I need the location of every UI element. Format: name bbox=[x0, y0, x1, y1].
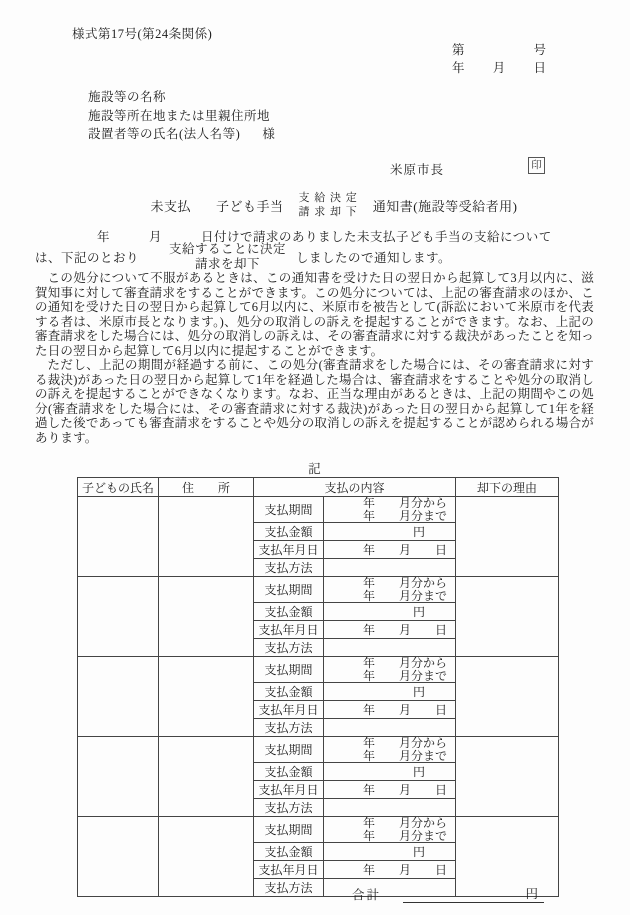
amount-label: 支払金額 bbox=[254, 763, 324, 781]
header-address: 住 所 bbox=[159, 478, 254, 497]
paydate-value-cell: 年 月 日 bbox=[324, 781, 456, 799]
period-to: 年 月分まで bbox=[326, 510, 447, 523]
address-cell bbox=[159, 497, 254, 577]
rejection-reason-cell bbox=[456, 657, 559, 737]
amount-value-cell: 円 bbox=[324, 603, 456, 621]
paydate-label: 支払年月日 bbox=[254, 621, 324, 639]
title-suffix: 通知書(施設等受給者用) bbox=[373, 196, 518, 215]
amount-value-cell: 円 bbox=[324, 843, 456, 861]
period-label: 支払期間 bbox=[254, 817, 324, 843]
method-label: 支払方法 bbox=[254, 799, 324, 817]
date-year-label: 年 bbox=[452, 58, 465, 76]
period-from: 年 月分から bbox=[326, 817, 447, 830]
table-row: 支払期間 年 月分から 年 月分まで bbox=[78, 577, 559, 603]
rejection-reason-cell bbox=[456, 497, 559, 577]
period-label: 支払期間 bbox=[254, 737, 324, 763]
table-row: 支払期間 年 月分から 年 月分まで bbox=[78, 737, 559, 763]
payment-block: 支払期間 年 月分から 年 月分まで 支払金額 円 支払年月日 年 月 日 支払… bbox=[78, 577, 559, 657]
period-from: 年 月分から bbox=[326, 497, 447, 510]
addressee-block: 施設等の名称 施設等所在地または里親住所地 設置者等の氏名(法人名等)様 bbox=[88, 88, 275, 144]
ki-marker: 記 bbox=[0, 459, 630, 477]
document-page: 様式第17号(第24条関係) 第 号 年 月 日 施設等の名称 施設等所在地また… bbox=[0, 0, 630, 915]
title-option-reject: 請 求 却 下 bbox=[299, 206, 358, 220]
period-label: 支払期間 bbox=[254, 497, 324, 523]
method-label: 支払方法 bbox=[254, 639, 324, 657]
paydate-label: 支払年月日 bbox=[254, 781, 324, 799]
period-to: 年 月分まで bbox=[326, 830, 447, 843]
period-from: 年 月分から bbox=[326, 657, 447, 670]
payment-block: 支払期間 年 月分から 年 月分まで 支払金額 円 支払年月日 年 月 日 支払… bbox=[78, 497, 559, 577]
notice-option-grant: 支給することに決定 bbox=[169, 242, 286, 257]
child-name-cell bbox=[78, 577, 159, 657]
method-label: 支払方法 bbox=[254, 719, 324, 737]
appeal-instructions: この処分について不服があるときは、この通知書を受けた日の翌日から起算して3月以内… bbox=[35, 271, 594, 445]
address-cell bbox=[159, 577, 254, 657]
doc-number-suffix: 号 bbox=[533, 40, 546, 58]
child-name-cell bbox=[78, 737, 159, 817]
notice-stacked-options: 支給することに決定 請求を却下 bbox=[169, 242, 286, 272]
doc-number-prefix: 第 bbox=[452, 40, 465, 58]
appeal-paragraph-1: この処分について不服があるときは、この通知書を受けた日の翌日から起算して3月以内… bbox=[35, 271, 594, 358]
period-label: 支払期間 bbox=[254, 577, 324, 603]
amount-value-cell: 円 bbox=[324, 523, 456, 541]
child-name-cell bbox=[78, 657, 159, 737]
paydate-value-cell: 年 月 日 bbox=[324, 621, 456, 639]
appeal-paragraph-2: ただし、上記の期間が経過する前に、この処分(審査請求をした場合には、その審査請求… bbox=[35, 358, 594, 445]
paydate-value-cell: 年 月 日 bbox=[324, 701, 456, 719]
period-from: 年 月分から bbox=[326, 737, 447, 750]
notice-before-text: は、下記のとおり bbox=[35, 248, 139, 266]
payment-block: 支払期間 年 月分から 年 月分まで 支払金額 円 支払年月日 年 月 日 支払… bbox=[78, 657, 559, 737]
method-value-cell bbox=[324, 639, 456, 657]
method-value-cell bbox=[324, 719, 456, 737]
header-child-name: 子どもの氏名 bbox=[78, 478, 159, 497]
header-rejection-reason: 却下の理由 bbox=[456, 478, 559, 497]
rejection-reason-cell bbox=[456, 737, 559, 817]
notice-option-reject: 請求を却下 bbox=[169, 257, 286, 272]
notice-after-text: しましたので通知します。 bbox=[296, 248, 451, 266]
amount-label: 支払金額 bbox=[254, 523, 324, 541]
period-value-cell: 年 月分から 年 月分まで bbox=[324, 817, 456, 843]
document-date-line: 年 月 日 bbox=[452, 58, 546, 76]
period-to: 年 月分まで bbox=[326, 590, 447, 603]
period-to: 年 月分まで bbox=[326, 670, 447, 683]
period-to: 年 月分まで bbox=[326, 750, 447, 763]
address-cell bbox=[159, 737, 254, 817]
amount-label: 支払金額 bbox=[254, 683, 324, 701]
paydate-label: 支払年月日 bbox=[254, 701, 324, 719]
payment-table: 子どもの氏名 住 所 支払の内容 却下の理由 支払期間 年 月分から 年 月分ま… bbox=[77, 477, 559, 897]
table-header-row: 子どもの氏名 住 所 支払の内容 却下の理由 bbox=[78, 478, 559, 497]
method-value-cell bbox=[324, 799, 456, 817]
date-month-label: 月 bbox=[493, 58, 506, 76]
founder-name-line: 設置者等の氏名(法人名等)様 bbox=[88, 125, 275, 144]
issuer-name: 米原市長 bbox=[390, 160, 444, 178]
address-cell bbox=[159, 817, 254, 897]
period-from: 年 月分から bbox=[326, 577, 447, 590]
table-row: 支払期間 年 月分から 年 月分まで bbox=[78, 657, 559, 683]
amount-label: 支払金額 bbox=[254, 843, 324, 861]
honorific-label: 様 bbox=[262, 127, 275, 141]
total-label: 合計 bbox=[352, 885, 381, 903]
amount-value-cell: 円 bbox=[324, 763, 456, 781]
seal-stamp-box: 印 bbox=[528, 157, 545, 174]
document-number-line: 第 号 bbox=[452, 40, 546, 58]
facility-address-label: 施設等所在地または里親住所地 bbox=[88, 107, 275, 126]
method-label: 支払方法 bbox=[254, 879, 324, 897]
paydate-value-cell: 年 月 日 bbox=[324, 861, 456, 879]
document-title: 未支払 子ども手当 支 給 決 定 請 求 却 下 通知書(施設等受給者用) bbox=[0, 192, 630, 219]
child-name-cell bbox=[78, 817, 159, 897]
notice-decision-line: は、下記のとおり 支給することに決定 請求を却下 しましたので通知します。 bbox=[35, 242, 451, 272]
title-word1: 未支払 bbox=[151, 196, 192, 215]
amount-value-cell: 円 bbox=[324, 683, 456, 701]
amount-label: 支払金額 bbox=[254, 603, 324, 621]
table-row: 支払期間 年 月分から 年 月分まで bbox=[78, 497, 559, 523]
period-value-cell: 年 月分から 年 月分まで bbox=[324, 737, 456, 763]
period-value-cell: 年 月分から 年 月分まで bbox=[324, 497, 456, 523]
date-day-label: 日 bbox=[533, 58, 546, 76]
method-value-cell bbox=[324, 559, 456, 577]
total-amount-blank: 円 bbox=[403, 884, 544, 903]
table-row: 支払期間 年 月分から 年 月分まで bbox=[78, 817, 559, 843]
title-stacked-options: 支 給 決 定 請 求 却 下 bbox=[299, 192, 358, 219]
title-word2: 子ども手当 bbox=[216, 196, 284, 215]
rejection-reason-cell bbox=[456, 577, 559, 657]
period-value-cell: 年 月分から 年 月分まで bbox=[324, 657, 456, 683]
period-label: 支払期間 bbox=[254, 657, 324, 683]
address-cell bbox=[159, 657, 254, 737]
header-payment-content: 支払の内容 bbox=[254, 478, 456, 497]
payment-block: 支払期間 年 月分から 年 月分まで 支払金額 円 支払年月日 年 月 日 支払… bbox=[78, 737, 559, 817]
founder-name-label: 設置者等の氏名(法人名等) bbox=[88, 127, 240, 141]
paydate-label: 支払年月日 bbox=[254, 541, 324, 559]
child-name-cell bbox=[78, 497, 159, 577]
title-option-grant: 支 給 決 定 bbox=[299, 192, 358, 206]
total-line: 合計 円 bbox=[352, 884, 544, 903]
paydate-value-cell: 年 月 日 bbox=[324, 541, 456, 559]
form-number: 様式第17号(第24条関係) bbox=[72, 24, 212, 42]
facility-name-label: 施設等の名称 bbox=[88, 88, 275, 107]
period-value-cell: 年 月分から 年 月分まで bbox=[324, 577, 456, 603]
paydate-label: 支払年月日 bbox=[254, 861, 324, 879]
method-label: 支払方法 bbox=[254, 559, 324, 577]
